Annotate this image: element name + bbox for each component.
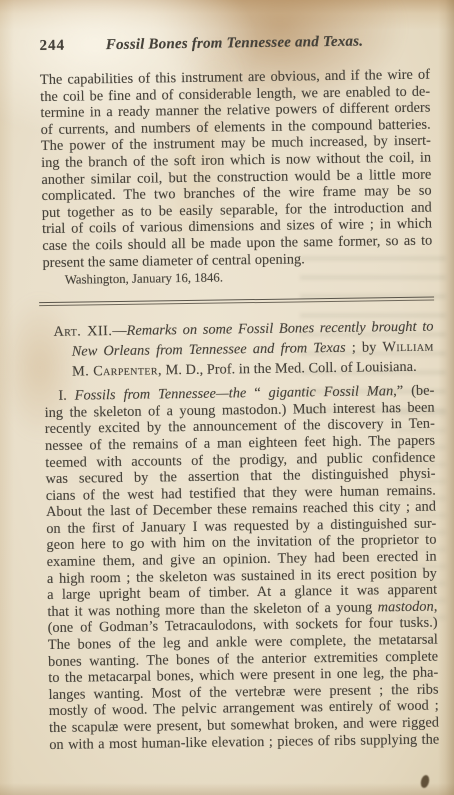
text-segment: Remarks on some Fossil Bones recently br…: [127, 319, 434, 339]
text-segment: M. D., Prof. in the Med. Coll. of Louisi…: [162, 359, 417, 379]
page-header: 244 Fossil Bones from Tennessee and Texa…: [39, 33, 429, 56]
text-line: M. Carpenter, M. D., Prof. in the Med. C…: [44, 357, 434, 382]
paper-bottom-edge-shading: [0, 783, 454, 795]
paragraph-instrument-conclusion: The capabilities of this instrument are …: [40, 67, 433, 272]
paper-left-edge-shading: [0, 0, 14, 795]
header-spacer: [386, 45, 430, 46]
paragraph-fossils-from-tennessee: I. Fossils from Tennessee—the “ gigantic…: [44, 383, 439, 753]
text-segment: I.: [58, 388, 75, 404]
text-segment: Fossils from Tennessee—the: [75, 385, 247, 403]
text-segment: “: [246, 385, 268, 401]
text-segment: ; by: [346, 339, 383, 356]
running-header: Fossil Bones from Tennessee and Texas.: [83, 33, 385, 54]
book-page: 244 Fossil Bones from Tennessee and Texa…: [0, 0, 454, 795]
article-heading: Art. XII.—Remarks on some Fossil Bones r…: [43, 317, 434, 382]
text-segment: gigantic Fossil Man: [268, 383, 393, 401]
page-content: 244 Fossil Bones from Tennessee and Texa…: [39, 33, 439, 754]
text-segment: ,: [434, 598, 438, 614]
text-segment: William: [382, 339, 434, 356]
text-segment: mastodon: [378, 598, 434, 615]
paper-stain-top-band: [0, 0, 454, 30]
text-segment: New Orleans from Tennessee and from Texa…: [72, 340, 346, 360]
ink-speck: [420, 774, 431, 789]
section-divider-rule: [39, 297, 434, 307]
paper-right-edge-shading: [438, 0, 454, 795]
text-segment: M. Carpenter,: [72, 362, 162, 379]
text-segment: —: [112, 323, 127, 339]
text-segment: ,” (be-: [393, 383, 434, 400]
text-segment: Art. XII.: [53, 323, 112, 340]
text-segment: present the same diameter of central ope…: [42, 251, 304, 271]
page-number: 244: [39, 37, 83, 55]
